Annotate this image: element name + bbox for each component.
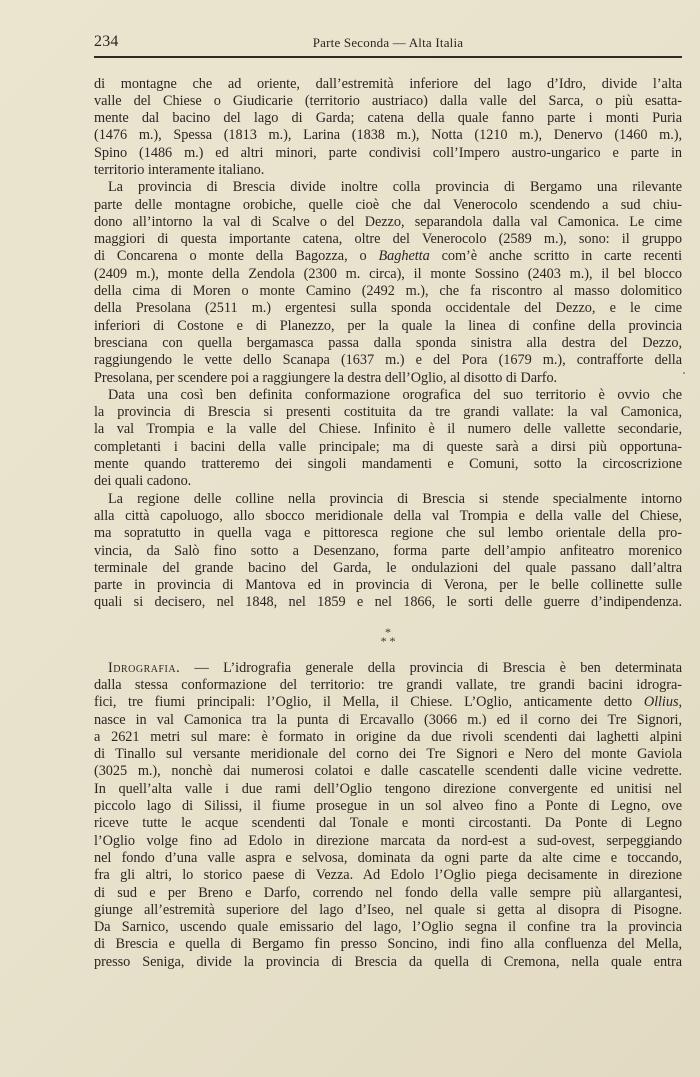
text-line: piccolo lago di Silissi, il fiume proseg… [94, 798, 682, 815]
asterism-divider: * * * [94, 628, 682, 646]
text-line: di sud e per Breno e Darfo, correndo nel… [94, 885, 682, 902]
text-line: (2409 m.), monte della Zendola (2300 m. … [94, 266, 682, 283]
scan-speck [683, 372, 685, 374]
running-title: Parte Seconda — Alta Italia [94, 35, 682, 51]
text-line: parte in provincia di Mantova ed in prov… [94, 577, 682, 594]
text-line: Data una così ben definita conformazione… [94, 387, 682, 404]
text-line: mente quando tratteremo dei singoli mand… [94, 456, 682, 473]
text-line: ma sopratutto in quella vaga e pittoresc… [94, 525, 682, 542]
text-line: La regione delle colline nella provincia… [94, 491, 682, 508]
asterism-bottom: * * [94, 637, 682, 646]
text-line: completanti i bacini della valle princip… [94, 439, 682, 456]
text-line: dono all’intorno la val di Scalve o del … [94, 214, 682, 231]
text-line-with-italic: di Concarena o monte della Bagozza, o Ba… [94, 248, 682, 265]
text-line: dei quali cadono. [94, 473, 682, 490]
text-line: La provincia di Brescia divide inoltre c… [94, 179, 682, 196]
paragraph-three-valleys: Data una così ben definita conformazione… [94, 387, 682, 491]
text-line: la val Trompia e la valle del Chiese. In… [94, 421, 682, 438]
text-span: — L’idrografia generale della provincia … [180, 660, 682, 676]
text-span: fici, tre fiumi principali: l’Oglio, il … [94, 694, 644, 710]
text-line: di Brescia e quella di Bergamo fin press… [94, 936, 682, 953]
text-line-with-heading: Idrografia. — L’idrografia generale dell… [94, 660, 682, 677]
text-line: vincia, da Salò fino sotto a Desenzano, … [94, 543, 682, 560]
text-line: bresciana con quella bergamasca passa da… [94, 335, 682, 352]
book-page: 234 Parte Seconda — Alta Italia di monta… [94, 30, 682, 971]
text-line: della Presolana (2511 m.) ergentesi sull… [94, 300, 682, 317]
text-line: Spino (1486 m.) ed altri minori, parte c… [94, 145, 682, 162]
body-text: di montagne che ad oriente, dall’estremi… [94, 76, 682, 972]
text-line: della cima di Moren o monte Camino (2492… [94, 283, 682, 300]
text-line: Presolana, per scendere poi a raggiunger… [94, 370, 682, 387]
text-line: alla città capoluogo, allo sbocco meridi… [94, 508, 682, 525]
text-line-with-italic: fici, tre fiumi principali: l’Oglio, il … [94, 694, 682, 711]
text-line: terminale del grande bacino del Garda, l… [94, 560, 682, 577]
text-line: giunge all’estremità superiore del lago … [94, 902, 682, 919]
text-line: la provincia di Brescia si presenti cost… [94, 404, 682, 421]
text-line: l’Oglio volge fino ad Edolo in direzione… [94, 833, 682, 850]
text-line: dalla stessa conformazione del territori… [94, 677, 682, 694]
text-line: (3025 m.), nonchè dai numerosi colatoi e… [94, 763, 682, 780]
paragraph-orobic-mountains: La provincia di Brescia divide inoltre c… [94, 179, 682, 387]
section-heading-idrografia: Idrografia. [108, 660, 180, 676]
text-line: In quell’alta valle i due rami dell’Ogli… [94, 781, 682, 798]
running-head: 234 Parte Seconda — Alta Italia [94, 30, 682, 54]
text-line: valle del Chiese o Giudicarie (territori… [94, 93, 682, 110]
paragraph-hills-region: La regione delle colline nella provincia… [94, 491, 682, 612]
text-span: di Concarena o monte della Bagozza, o [94, 248, 378, 264]
header-rule [94, 56, 682, 58]
text-line: (1476 m.), Spessa (1813 m.), Larina (183… [94, 127, 682, 144]
text-line: mente dal bacino del lago di Garda; cate… [94, 110, 682, 127]
text-line: inferiori di Costone e di Planezzo, per … [94, 318, 682, 335]
paragraph-mountains-east: di montagne che ad oriente, dall’estremi… [94, 76, 682, 180]
text-line: quali si decisero, nel 1848, nel 1859 e … [94, 594, 682, 611]
text-line: di Tinallo sul versante meridionale del … [94, 746, 682, 763]
text-line: di montagne che ad oriente, dall’estremi… [94, 76, 682, 93]
text-line: territorio interamente italiano. [94, 162, 682, 179]
text-line: presso Seniga, divide la provincia di Br… [94, 954, 682, 971]
text-line: nel fondo d’una valle aspra e selvosa, d… [94, 850, 682, 867]
italic-term: Ollius [644, 694, 679, 710]
text-line: raggiungendo le vette dello Scanapa (163… [94, 352, 682, 369]
text-line: nasce in val Camonica tra la punta di Er… [94, 712, 682, 729]
section-idrografia: Idrografia. — L’idrografia generale dell… [94, 660, 682, 971]
text-line: riceve tutte le acque scendenti dal Tona… [94, 815, 682, 832]
text-line: Da Sarnico, uscendo quale emissario del … [94, 919, 682, 936]
text-line: maggiori di questa importante catena, ol… [94, 231, 682, 248]
italic-term: Baghetta [378, 248, 429, 264]
text-span: , [678, 694, 682, 710]
text-span: com’è anche scritto in carte recenti [430, 248, 682, 264]
text-line: fra gli altri, lo storico paese di Vezza… [94, 867, 682, 884]
text-line: a 2621 metri sul mare: è formato in orig… [94, 729, 682, 746]
text-line: parte delle montagne orobiche, quelle ci… [94, 197, 682, 214]
